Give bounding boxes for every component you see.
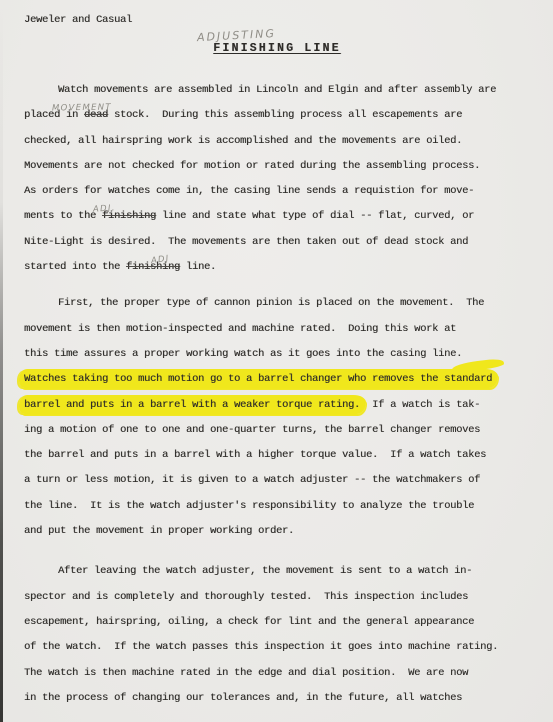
text-line: The watch is then machine rated in the e…: [24, 661, 540, 686]
scanned-document-page: Jeweler and Casual ADJUSTING FINISHING L…: [0, 0, 553, 722]
text-line: the barrel and puts in a barrel with a h…: [24, 443, 540, 468]
struck-text: deadMOVEMENT: [84, 109, 108, 121]
typed-text: Nite-Light is desired. The movements are…: [24, 236, 468, 248]
typed-text: After leaving the watch adjuster, the mo…: [58, 565, 472, 577]
document-body: Watch movements are assembled in Lincoln…: [24, 78, 540, 711]
text-line: movement is then motion-inspected and ma…: [24, 317, 540, 342]
typed-text: of the watch. If the watch passes this i…: [24, 641, 498, 653]
typed-text: stock. During this assembling process al…: [108, 109, 462, 121]
typed-text: spector and is completely and thoroughly…: [24, 591, 468, 603]
typed-text: The watch is then machine rated in the e…: [24, 667, 468, 679]
typed-text: line and state what type of dial -- flat…: [156, 210, 474, 222]
struck-text: finishingADJ.: [102, 210, 156, 222]
typed-text: Watch movements are assembled in Lincoln…: [58, 84, 496, 96]
text-line: ing a motion of one to one and one-quart…: [24, 418, 540, 443]
text-line: Movements are not checked for motion or …: [24, 154, 540, 179]
struck-text: finishingADJ: [126, 261, 180, 273]
text-line: of the watch. If the watch passes this i…: [24, 635, 540, 660]
text-line: a turn or less motion, it is given to a …: [24, 468, 540, 493]
typed-text: the line. It is the watch adjuster's res…: [24, 500, 474, 512]
text-line: barrel and puts in a barrel with a weake…: [24, 393, 540, 418]
typed-text: in the process of changing our tolerance…: [24, 692, 462, 704]
typed-text: If a watch is tak-: [360, 399, 480, 411]
document-content: Jeweler and Casual ADJUSTING FINISHING L…: [24, 8, 540, 711]
highlighted-text: Watches taking too much motion go to a b…: [19, 369, 498, 388]
typed-text: checked, all hairspring work is accompli…: [24, 135, 462, 147]
text-line: Watch movements are assembled in Lincoln…: [24, 78, 540, 103]
paragraph: After leaving the watch adjuster, the mo…: [24, 559, 540, 711]
text-line: started into the finishingADJ line.: [24, 255, 540, 280]
pencil-annotation: MOVEMENT: [52, 102, 112, 115]
paragraph: First, the proper type of cannon pinion …: [24, 291, 540, 544]
text-line: the line. It is the watch adjuster's res…: [24, 494, 540, 519]
document-header: Jeweler and Casual: [24, 8, 540, 33]
text-line: checked, all hairspring work is accompli…: [24, 129, 540, 154]
typed-text: ing a motion of one to one and one-quart…: [24, 424, 480, 436]
scanner-edge-shadow: [0, 0, 3, 722]
typed-text: As orders for watches come in, the casin…: [24, 185, 474, 197]
pencil-annotation: ADJ.: [93, 203, 117, 217]
text-line: placed in deadMOVEMENT stock. During thi…: [24, 103, 540, 128]
text-line: ments to the finishingADJ. line and stat…: [24, 204, 540, 229]
paragraph: Watch movements are assembled in Lincoln…: [24, 78, 540, 280]
text-line: First, the proper type of cannon pinion …: [24, 291, 540, 316]
text-line: As orders for watches come in, the casin…: [24, 179, 540, 204]
typed-text: First, the proper type of cannon pinion …: [58, 297, 484, 309]
pencil-annotation: ADJ: [150, 253, 170, 267]
typed-text: and put the movement in proper working o…: [24, 525, 294, 537]
document-title-block: ADJUSTING FINISHING LINE: [19, 39, 535, 59]
typed-text: the barrel and puts in a barrel with a h…: [24, 449, 486, 461]
text-line: Watches taking too much motion go to a b…: [24, 367, 540, 392]
text-line: escapement, hairspring, oiling, a check …: [24, 610, 540, 635]
text-line: After leaving the watch adjuster, the mo…: [24, 559, 540, 584]
text-line: and put the movement in proper working o…: [24, 519, 540, 544]
text-line: in the process of changing our tolerance…: [24, 686, 540, 711]
typed-text: movement is then motion-inspected and ma…: [24, 323, 456, 335]
text-line: spector and is completely and thoroughly…: [24, 585, 540, 610]
typed-text: started into the: [24, 261, 126, 273]
highlighted-text: barrel and puts in a barrel with a weake…: [19, 395, 366, 414]
typed-text: Movements are not checked for motion or …: [24, 160, 480, 172]
typed-text: escapement, hairspring, oiling, a check …: [24, 616, 474, 628]
handwritten-annotation-adjusting: ADJUSTING: [197, 24, 277, 48]
typed-text: line.: [180, 261, 216, 273]
typed-text: this time assures a proper working watch…: [24, 348, 462, 360]
text-line: Nite-Light is desired. The movements are…: [24, 230, 540, 255]
typed-text: a turn or less motion, it is given to a …: [24, 474, 480, 486]
typed-text: ments to the: [24, 210, 102, 222]
